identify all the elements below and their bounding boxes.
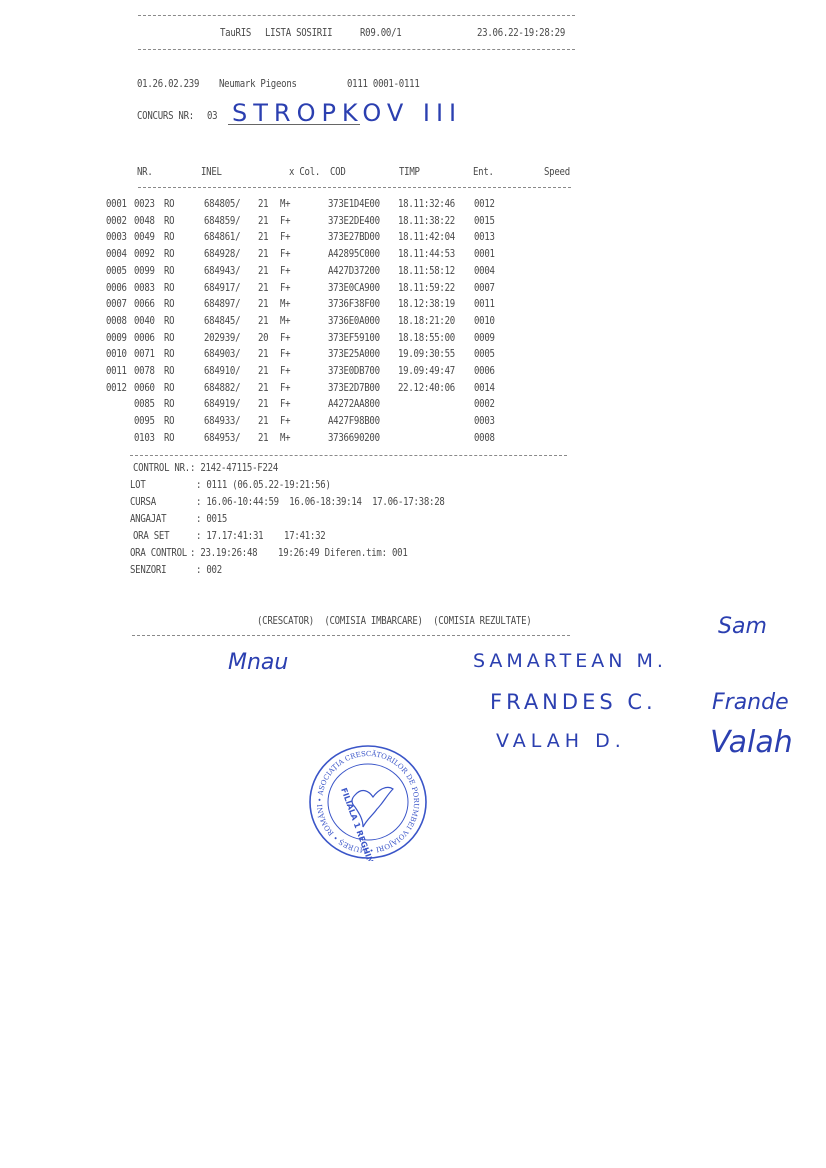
cell-cod: A42895C000 [328, 248, 380, 260]
cell-ent: 0003 [474, 415, 495, 427]
cell-nr: 0006 [106, 282, 127, 294]
cell-sex: M+ [280, 198, 290, 210]
cell-nr: 0012 [106, 382, 127, 394]
cell-cod: A4272AA800 [328, 398, 380, 410]
cell-ring: 684805/ [204, 198, 240, 210]
cell-ring: 202939/ [204, 332, 240, 344]
signature-roles: (CRESCATOR) (COMISIA IMBARCARE) (COMISIA… [257, 615, 531, 627]
cell-ent: 0005 [474, 348, 495, 360]
cell-sex: F+ [280, 415, 290, 427]
cell-crt: 0083 [134, 282, 155, 294]
crescator-signature: Mnau [228, 650, 288, 675]
control-number: CONTROL NR.: 2142-47115-F224 [133, 462, 278, 474]
cell-country: RO [164, 315, 174, 327]
table-row: 00050099RO684943/21F+A427D3720018.11:58:… [0, 265, 826, 282]
cell-year: 21 [258, 365, 268, 377]
table-row: 00010023RO684805/21M+373E1D4E0018.11:32:… [0, 198, 826, 215]
cell-ring: 684953/ [204, 432, 240, 444]
cell-ring: 684882/ [204, 382, 240, 394]
concurs-place-handwritten: STROPKOV III [232, 99, 462, 127]
cell-ent: 0015 [474, 215, 495, 227]
header-rule [138, 49, 575, 50]
commission-member-1: SAMARTEAN M. [473, 650, 667, 672]
cell-sex: F+ [280, 282, 290, 294]
system-name: TauRIS [220, 27, 251, 39]
table-row: 00030049RO684861/21F+373E27BD0018.11:42:… [0, 231, 826, 248]
cell-ent: 0010 [474, 315, 495, 327]
cell-timp: 18.11:32:46 [398, 198, 455, 210]
table-row: 00120060RO684882/21F+373E2D7B0022.12:40:… [0, 382, 826, 399]
cell-timp: 18.11:42:04 [398, 231, 455, 243]
cell-cod: 373E2DE400 [328, 215, 380, 227]
cell-timp: 18.18:55:00 [398, 332, 455, 344]
cell-crt: 0095 [134, 415, 155, 427]
concurs-label: CONCURS NR: [137, 110, 194, 122]
control-value: : 0015 [196, 513, 227, 525]
cell-sex: F+ [280, 265, 290, 277]
cell-year: 21 [258, 265, 268, 277]
cell-year: 21 [258, 298, 268, 310]
table-row: 00040092RO684928/21F+A42895C00018.11:44:… [0, 248, 826, 265]
cell-timp: 18.11:44:53 [398, 248, 455, 260]
association-stamp: • ASOCIAȚIA CRESCĂTORILOR DE PORUMBEI VO… [307, 743, 429, 861]
column-header: Ent. [473, 166, 494, 178]
cell-ring: 684859/ [204, 215, 240, 227]
cell-year: 21 [258, 231, 268, 243]
cell-sex: F+ [280, 398, 290, 410]
cell-year: 21 [258, 315, 268, 327]
cell-cod: 3736E0A000 [328, 315, 380, 327]
cell-cod: 373E25A000 [328, 348, 380, 360]
cell-sex: M+ [280, 315, 290, 327]
cell-ent: 0007 [474, 282, 495, 294]
cell-timp: 18.12:38:19 [398, 298, 455, 310]
control-label: LOT [130, 479, 146, 491]
cell-country: RO [164, 248, 174, 260]
cell-country: RO [164, 231, 174, 243]
cell-sex: F+ [280, 382, 290, 394]
table-row: 00080040RO684845/21M+3736E0A00018.18:21:… [0, 315, 826, 332]
cell-country: RO [164, 265, 174, 277]
club-code: 01.26.02.239 [137, 78, 199, 90]
cell-nr: 0005 [106, 265, 127, 277]
commission-member-3: VALAH D. [496, 730, 626, 752]
table-row: 00060083RO684917/21F+373E0CA90018.11:59:… [0, 282, 826, 299]
cell-ent: 0013 [474, 231, 495, 243]
cell-ent: 0001 [474, 248, 495, 260]
column-header: INEL [201, 166, 222, 178]
cell-ring: 684861/ [204, 231, 240, 243]
cell-ring: 684910/ [204, 365, 240, 377]
table-row: 00100071RO684903/21F+373E25A00019.09:30:… [0, 348, 826, 365]
cell-country: RO [164, 365, 174, 377]
cell-nr: 0002 [106, 215, 127, 227]
cell-ring: 684845/ [204, 315, 240, 327]
cell-ent: 0009 [474, 332, 495, 344]
printed-timestamp: 23.06.22-19:28:29 [477, 27, 565, 39]
cell-sex: M+ [280, 298, 290, 310]
cell-sex: F+ [280, 332, 290, 344]
control-value: : 23.19:26:48 19:26:49 Diferen.tim: 001 [190, 547, 407, 559]
column-header: x Col. [289, 166, 320, 178]
column-header: TIMP [399, 166, 420, 178]
cell-ent: 0006 [474, 365, 495, 377]
cell-cod: 373E27BD00 [328, 231, 380, 243]
cell-nr: 0004 [106, 248, 127, 260]
cell-country: RO [164, 382, 174, 394]
control-value: : 0111 (06.05.22-19:21:56) [196, 479, 331, 491]
cell-country: RO [164, 332, 174, 344]
cell-year: 21 [258, 415, 268, 427]
cell-country: RO [164, 215, 174, 227]
cell-crt: 0066 [134, 298, 155, 310]
cell-ent: 0008 [474, 432, 495, 444]
cell-cod: 373E0DB700 [328, 365, 380, 377]
column-header: NR. [137, 166, 153, 178]
cell-timp: 18.11:38:22 [398, 215, 455, 227]
cell-nr: 0009 [106, 332, 127, 344]
concurs-number: 03 [207, 110, 217, 122]
commission-signature-1: Sam [718, 614, 767, 639]
cell-ent: 0012 [474, 198, 495, 210]
cell-nr: 0008 [106, 315, 127, 327]
report-version: R09.00/1 [360, 27, 401, 39]
concurs-underline [228, 124, 360, 125]
top-rule [138, 15, 575, 16]
cell-sex: F+ [280, 215, 290, 227]
control-label: CURSA [130, 496, 156, 508]
cell-crt: 0040 [134, 315, 155, 327]
table-header-rule [138, 187, 571, 188]
cell-timp: 18.18:21:20 [398, 315, 455, 327]
table-row: 00090006RO202939/20F+373EF5910018.18:55:… [0, 332, 826, 349]
cell-nr: 0011 [106, 365, 127, 377]
cell-crt: 0085 [134, 398, 155, 410]
cell-timp: 19.09:49:47 [398, 365, 455, 377]
cell-year: 21 [258, 398, 268, 410]
cell-ent: 0002 [474, 398, 495, 410]
cell-ent: 0004 [474, 265, 495, 277]
control-label: ANGAJAT [130, 513, 166, 525]
column-header: Speed [544, 166, 570, 178]
cell-cod: 373E1D4E00 [328, 198, 380, 210]
cell-country: RO [164, 282, 174, 294]
cell-country: RO [164, 198, 174, 210]
club-range: 0111 0001-0111 [347, 78, 420, 90]
cell-crt: 0071 [134, 348, 155, 360]
cell-nr: 0001 [106, 198, 127, 210]
cell-crt: 0092 [134, 248, 155, 260]
cell-nr: 0010 [106, 348, 127, 360]
cell-year: 21 [258, 215, 268, 227]
cell-timp: 18.11:59:22 [398, 282, 455, 294]
column-header: COD [330, 166, 346, 178]
table-row: 0103RO684953/21M+37366902000008 [0, 432, 826, 449]
cell-year: 21 [258, 282, 268, 294]
table-row: 00070066RO684897/21M+3736F38F0018.12:38:… [0, 298, 826, 315]
cell-cod: A427F98B00 [328, 415, 380, 427]
cell-year: 21 [258, 382, 268, 394]
cell-crt: 0078 [134, 365, 155, 377]
cell-year: 20 [258, 332, 268, 344]
cell-country: RO [164, 432, 174, 444]
table-row: 00020048RO684859/21F+373E2DE40018.11:38:… [0, 215, 826, 232]
cell-country: RO [164, 398, 174, 410]
cell-ring: 684903/ [204, 348, 240, 360]
cell-cod: A427D37200 [328, 265, 380, 277]
signature-rule [132, 635, 570, 636]
cell-sex: F+ [280, 248, 290, 260]
report-title: LISTA SOSIRII [265, 27, 332, 39]
cell-cod: 3736690200 [328, 432, 380, 444]
commission-signature-2: Frande [712, 690, 789, 715]
cell-cod: 373E0CA900 [328, 282, 380, 294]
control-label: ORA SET [133, 530, 169, 542]
cell-nr: 0007 [106, 298, 127, 310]
control-value: : 002 [196, 564, 222, 576]
cell-year: 21 [258, 248, 268, 260]
cell-crt: 0006 [134, 332, 155, 344]
cell-ring: 684917/ [204, 282, 240, 294]
cell-cod: 373EF59100 [328, 332, 380, 344]
cell-country: RO [164, 298, 174, 310]
cell-crt: 0103 [134, 432, 155, 444]
control-value: : 16.06-10:44:59 16.06-18:39:14 17.06-17… [196, 496, 445, 508]
cell-timp: 22.12:40:06 [398, 382, 455, 394]
cell-sex: F+ [280, 231, 290, 243]
cell-cod: 3736F38F00 [328, 298, 380, 310]
cell-crt: 0049 [134, 231, 155, 243]
control-label: SENZORI [130, 564, 166, 576]
cell-sex: F+ [280, 348, 290, 360]
table-row: 0095RO684933/21F+A427F98B000003 [0, 415, 826, 432]
cell-timp: 19.09:30:55 [398, 348, 455, 360]
cell-crt: 0048 [134, 215, 155, 227]
cell-ent: 0011 [474, 298, 495, 310]
commission-member-2: FRANDES C. [490, 690, 657, 714]
cell-crt: 0099 [134, 265, 155, 277]
cell-country: RO [164, 348, 174, 360]
cell-nr: 0003 [106, 231, 127, 243]
cell-timp: 18.11:58:12 [398, 265, 455, 277]
table-row: 00110078RO684910/21F+373E0DB70019.09:49:… [0, 365, 826, 382]
club-name: Neumark Pigeons [219, 78, 297, 90]
control-label: ORA CONTROL [130, 547, 187, 559]
cell-ring: 684943/ [204, 265, 240, 277]
cell-ring: 684933/ [204, 415, 240, 427]
cell-ent: 0014 [474, 382, 495, 394]
cell-ring: 684919/ [204, 398, 240, 410]
commission-signature-3: Valah [710, 725, 793, 760]
cell-sex: M+ [280, 432, 290, 444]
cell-ring: 684928/ [204, 248, 240, 260]
cell-year: 21 [258, 198, 268, 210]
control-value: : 17.17:41:31 17:41:32 [196, 530, 325, 542]
cell-crt: 0060 [134, 382, 155, 394]
table-bottom-rule [130, 455, 567, 456]
cell-ring: 684897/ [204, 298, 240, 310]
cell-year: 21 [258, 348, 268, 360]
cell-year: 21 [258, 432, 268, 444]
cell-cod: 373E2D7B00 [328, 382, 380, 394]
cell-sex: F+ [280, 365, 290, 377]
cell-country: RO [164, 415, 174, 427]
table-row: 0085RO684919/21F+A4272AA8000002 [0, 398, 826, 415]
cell-crt: 0023 [134, 198, 155, 210]
